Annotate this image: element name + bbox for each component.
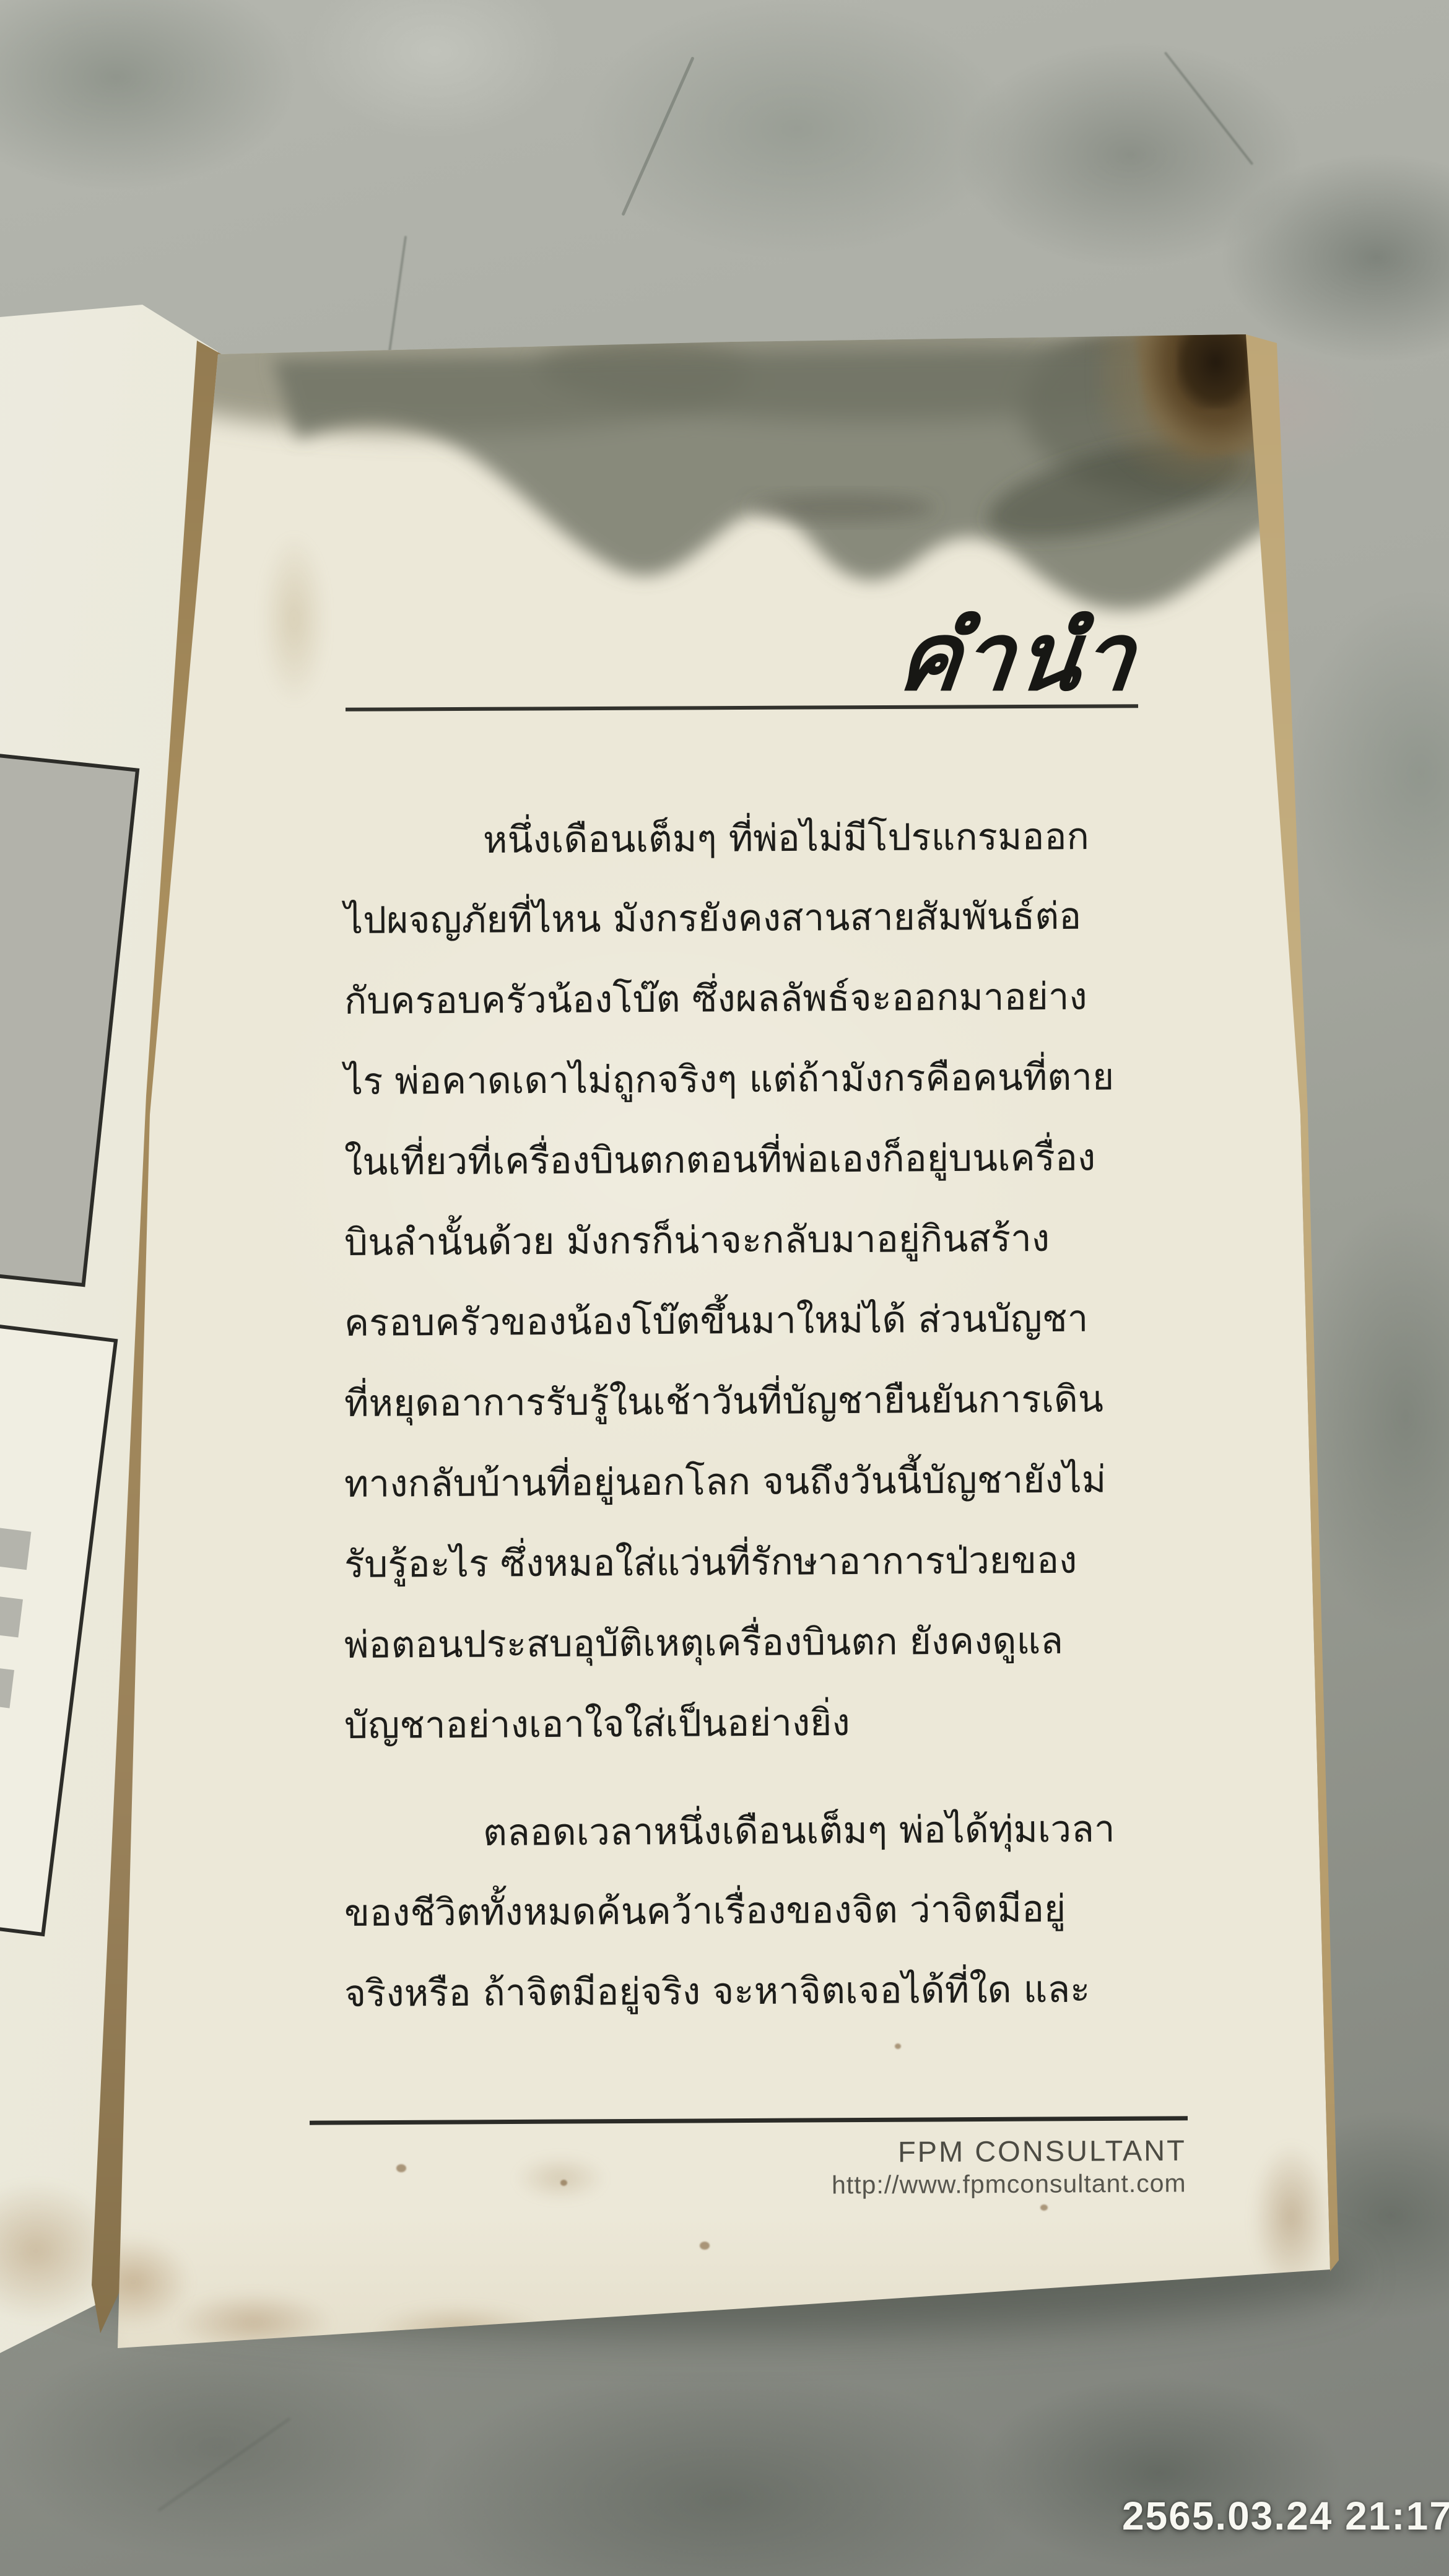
body-line: หนึ่งเดือนเต็มๆ ที่พ่อไม่มีโปรแกรมออก xyxy=(483,796,1090,881)
camera-timestamp-overlay: 2565.03.24 21:17 xyxy=(1122,2493,1449,2539)
gray-stripe xyxy=(0,1661,14,1708)
body-line: ไปผจญภัยที่ไหน มังกรยังคงสานสายสัมพันธ์ต… xyxy=(344,876,1082,961)
right-page: คำนำ หนึ่งเดือนเต็มๆ ที่พ่อไม่มีโปรแกรมอ… xyxy=(0,0,1449,2576)
body-line: พ่อตอนประสบอุบัติเหตุเครื่องบินตก ยังคงด… xyxy=(344,1601,1064,1686)
body-line: บัญชาอย่างเอาใจใส่เป็นอย่างยิ่ง xyxy=(344,1682,850,1766)
page-stain xyxy=(260,533,328,706)
body-line: ตลอดเวลาหนึ่งเดือนเต็มๆ พ่อได้ทุ่มเวลา xyxy=(483,1789,1115,1873)
page-speck xyxy=(1040,2204,1048,2211)
page-speck xyxy=(700,2242,710,2250)
publisher-url: http://www.fpmconsultant.com xyxy=(832,2169,1186,2200)
page-stain xyxy=(514,2155,607,2201)
gray-stripe xyxy=(0,1523,31,1570)
body-line: กับครอบครัวน้องโบ๊ต ซึ่งผลลัพธ์จะออกมาอย… xyxy=(344,957,1088,1042)
left-page-gray-image-placeholder xyxy=(0,752,139,1287)
body-line: ของชีวิตทั้งหมดค้นคว้าเรื่องของจิต ว่าจิ… xyxy=(344,1869,1066,1954)
body-line: ที่หยุดอาการรับรู้ในเช้าวันที่บัญชายืนยั… xyxy=(344,1359,1104,1444)
body-line: ทางกลับบ้านที่อยู่นอกโลก จนถึงวันนี้บัญช… xyxy=(344,1439,1107,1525)
page-speck xyxy=(560,2180,567,2186)
page-speck xyxy=(895,2043,901,2049)
body-line: ในเที่ยวที่เครื่องบินตกตอนที่พ่อเองก็อยู… xyxy=(344,1118,1096,1203)
footer-rule xyxy=(310,2116,1188,2125)
gray-stripe xyxy=(0,1590,23,1637)
body-line: ไร พ่อคาดเดาไม่ถูกจริงๆ แต่ถ้ามังกรคือคน… xyxy=(344,1037,1115,1122)
left-page-outlined-box xyxy=(0,1322,118,1936)
page-stain xyxy=(1251,2143,1331,2291)
page-speck xyxy=(396,2164,406,2172)
burnt-corner-stain xyxy=(1177,331,1248,409)
body-line: จริงหรือ ถ้าจิตมีอยู่จริง จะหาจิตเจอได้ท… xyxy=(344,1949,1090,2034)
photo-of-open-book: คำนำ หนึ่งเดือนเต็มๆ ที่พ่อไม่มีโปรแกรมอ… xyxy=(0,0,1449,2576)
body-line: บินลำนั้นด้วย มังกรก็น่าจะกลับมาอยู่กินส… xyxy=(344,1198,1050,1283)
publisher-name: FPM CONSULTANT xyxy=(898,2133,1186,2169)
body-line: ครอบครัวของน้องโบ๊ตขึ้นมาใหม่ได้ ส่วนบัญ… xyxy=(344,1279,1089,1364)
body-line: รับรู้อะไร ซึ่งหมอใส่แว่นที่รักษาอาการป่… xyxy=(344,1520,1077,1605)
